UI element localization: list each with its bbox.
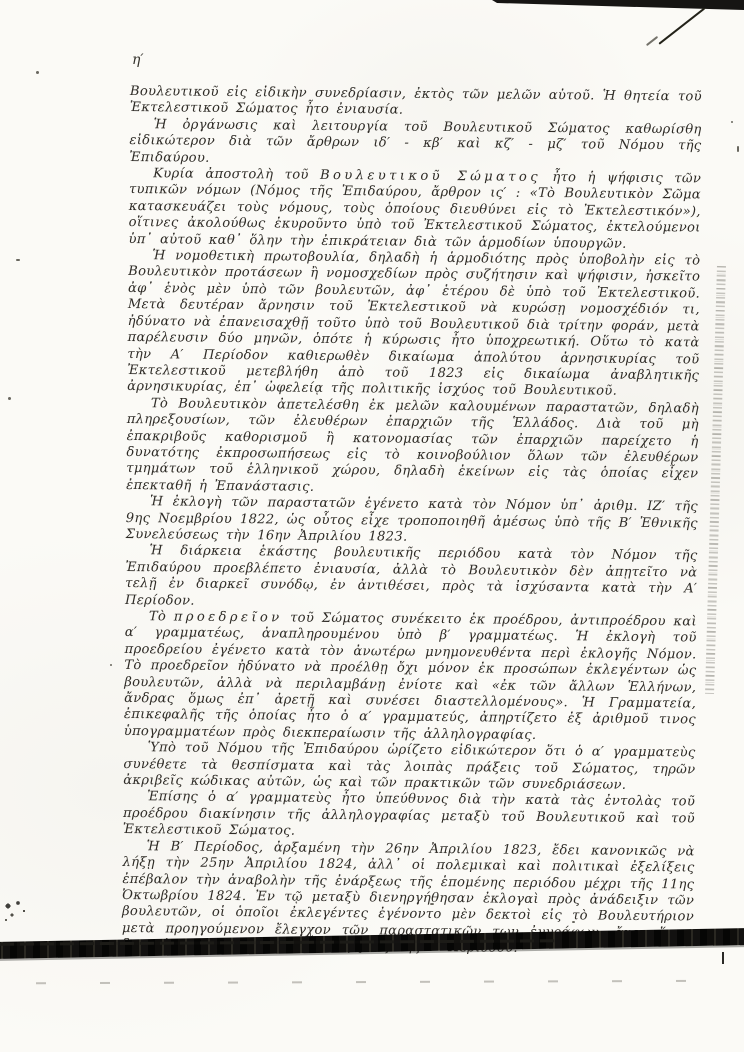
paragraph: Ἡ ὀργάνωσις καὶ λειτουργία τοῦ Βουλευτικ… [129, 117, 701, 172]
paragraph-text: τοῦ Σώματος συνέκειτο ἐκ προέδρου, ἀντιπ… [124, 610, 697, 742]
scan-artifact-pen-slash-tail [646, 36, 658, 46]
paragraph: Ἐπίσης ὁ α′ γραμματεὺς ἦτο ὑπεύθυνος διὰ… [123, 789, 695, 844]
scan-artifact-margin-noise [705, 266, 726, 694]
letterspaced-phrase: προεδρεῖον [174, 609, 283, 625]
paragraph: Ἡ Β′ Περίοδος, ἀρξαμένη τὴν 26ην Ἀπριλίο… [122, 839, 695, 959]
paragraph: Κυρία ἀποστολὴ τοῦ Βουλευτικοῦ Σώματος ἦ… [128, 166, 701, 254]
scan-speckle [731, 121, 733, 123]
paragraph-text: Τὸ [149, 609, 174, 624]
scanned-document-page: η′ Βουλευτικοῦ εἰς εἰδικὴν συνεδρίασιν, … [0, 0, 744, 1052]
scan-speckle [110, 664, 112, 666]
scan-artifact-corner-speckles [2, 900, 30, 924]
paragraph-continuation: Βουλευτικοῦ εἰς εἰδικὴν συνεδρίασιν, ἐκτ… [130, 84, 702, 122]
paragraph: Τὸ προεδρεῖον τοῦ Σώματος συνέκειτο ἐκ π… [124, 609, 697, 746]
paragraph-text: Κυρία ἀποστολὴ τοῦ [153, 166, 320, 183]
scan-speckle [737, 146, 739, 152]
scan-artifact-top-edge [492, 0, 744, 10]
document-text-block: Βουλευτικοῦ εἰς εἰδικὴν συνεδρίασιν, ἐκτ… [122, 84, 702, 959]
scan-artifact-tick-mark [722, 952, 724, 964]
paragraph: Ἡ διάρκεια ἑκάστης βουλευτικῆς περιόδου … [125, 543, 698, 614]
paragraph: Ἡ ἐκλογὴ τῶν παραστατῶν ἐγένετο κατὰ τὸν… [126, 494, 698, 549]
scan-speckle [36, 71, 39, 74]
paragraph: Ὑπὸ τοῦ Νόμου τῆς Ἐπιδαύρου ὡρίζετο εἰδι… [123, 740, 695, 795]
scan-artifact-faint-dashes [36, 980, 728, 984]
paragraph: Ἡ νομοθετικὴ πρωτοβουλία, δηλαδὴ ἡ ἁρμοδ… [127, 248, 700, 401]
scan-speckle [16, 259, 20, 261]
paragraph: Τὸ Βουλευτικὸν ἀπετελέσθη ἐκ μελῶν καλου… [126, 396, 699, 500]
scan-speckle [8, 397, 11, 400]
page-number: η′ [132, 52, 144, 68]
scan-artifact-pen-slash [658, 7, 705, 45]
letterspaced-phrase: Βουλευτικοῦ Σώματος [320, 168, 541, 185]
